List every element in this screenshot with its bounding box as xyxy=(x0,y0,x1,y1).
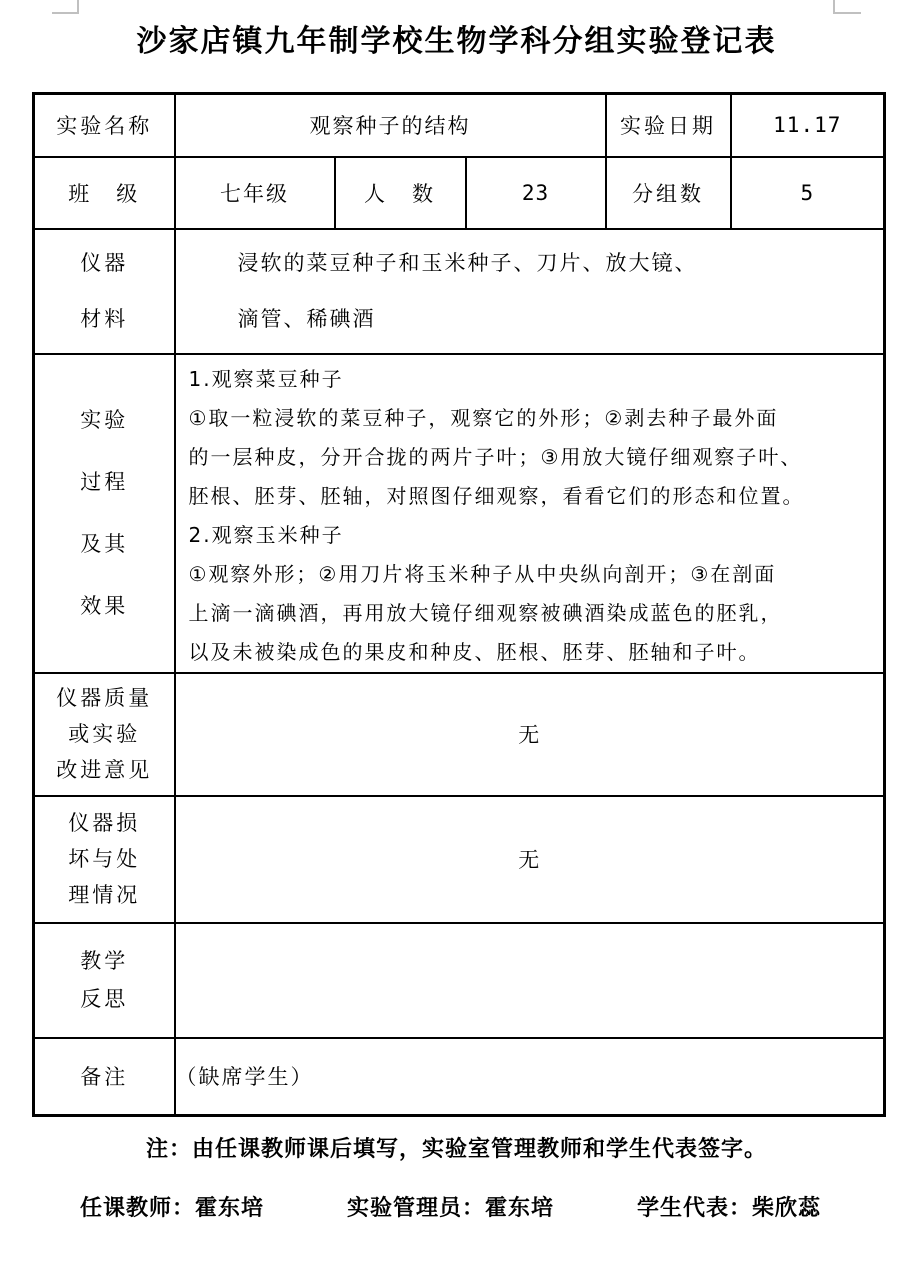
table-row-procedure: 实验 过程 及其 效果 1.观察菜豆种子 ①取一粒浸软的菜豆种子，观察它的外形；… xyxy=(34,354,885,673)
table-row-equipment-quality: 仪器质量 或实验 改进意见 无 xyxy=(34,673,885,796)
table-row-experiment-name: 实验名称 观察种子的结构 实验日期 11.17 xyxy=(34,94,885,157)
experiment-registration-table: 实验名称 观察种子的结构 实验日期 11.17 班 级 七年级 人 数 23 分… xyxy=(32,92,886,1117)
experiment-date-label: 实验日期 xyxy=(606,94,731,157)
equipment-content-line: 浸软的菜豆种子和玉米种子、刀片、放大镜、 xyxy=(176,235,884,291)
experiment-name-label: 实验名称 xyxy=(34,94,175,157)
equipment-damage-label: 仪器损 坏与处 理情况 xyxy=(34,796,175,923)
procedure-content-line: 胚根、胚芽、胚轴，对照图仔细观察，看看它们的形态和位置。 xyxy=(176,477,884,516)
document-page: 沙家店镇九年制学校生物学科分组实验登记表 实验名称 观察种子的结构 实验日期 1… xyxy=(0,0,913,1267)
equipment-damage-label-line: 理情况 xyxy=(68,877,140,913)
procedure-content-line: ①观察外形；②用刀片将玉米种子从中央纵向剖开；③在剖面 xyxy=(176,555,884,594)
footer-note: 注：由任课教师课后填写，实验室管理教师和学生代表签字。 xyxy=(0,1132,913,1163)
procedure-label-line: 实验 xyxy=(80,389,128,451)
student-count-value: 23 xyxy=(466,157,606,229)
teaching-reflection-label: 教学 反思 xyxy=(34,923,175,1038)
equipment-label-line: 材料 xyxy=(80,291,128,347)
procedure-label-line: 效果 xyxy=(80,575,128,637)
procedure-content-line: 上滴一滴碘酒，再用放大镜仔细观察被碘酒染成蓝色的胚乳， xyxy=(176,594,884,633)
procedure-content-line: 2.观察玉米种子 xyxy=(176,516,884,555)
experiment-name-value: 观察种子的结构 xyxy=(175,94,606,157)
equipment-quality-label-line: 或实验 xyxy=(68,716,140,752)
teacher-signature: 任课教师：霍东培 xyxy=(80,1191,264,1222)
class-value: 七年级 xyxy=(175,157,335,229)
signature-line: 任课教师：霍东培 实验管理员：霍东培 学生代表：柴欣蕊 xyxy=(80,1191,821,1222)
student-rep-signature: 学生代表：柴欣蕊 xyxy=(637,1191,821,1222)
page-title: 沙家店镇九年制学校生物学科分组实验登记表 xyxy=(0,16,913,60)
procedure-label: 实验 过程 及其 效果 xyxy=(34,354,175,673)
teaching-reflection-value xyxy=(175,923,885,1038)
teaching-reflection-label-line: 教学 xyxy=(80,942,128,980)
equipment-damage-label-line: 仪器损 xyxy=(68,805,140,841)
group-count-label: 分组数 xyxy=(606,157,731,229)
equipment-label: 仪器 材料 xyxy=(34,229,175,354)
lab-manager-signature: 实验管理员：霍东培 xyxy=(347,1191,554,1222)
group-count-value: 5 xyxy=(731,157,885,229)
procedure-content-line: ①取一粒浸软的菜豆种子，观察它的外形；②剥去种子最外面 xyxy=(176,399,884,438)
equipment-quality-label-line: 仪器质量 xyxy=(56,680,152,716)
equipment-damage-label-line: 坏与处 xyxy=(68,841,140,877)
class-label: 班 级 xyxy=(34,157,175,229)
student-count-label: 人 数 xyxy=(335,157,466,229)
equipment-label-line: 仪器 xyxy=(80,235,128,291)
experiment-date-value: 11.17 xyxy=(731,94,885,157)
procedure-label-line: 过程 xyxy=(80,451,128,513)
equipment-content: 浸软的菜豆种子和玉米种子、刀片、放大镜、 滴管、稀碘酒 xyxy=(175,229,885,354)
equipment-quality-label-line: 改进意见 xyxy=(56,752,152,788)
table-row-teaching-reflection: 教学 反思 xyxy=(34,923,885,1038)
procedure-label-line: 及其 xyxy=(80,513,128,575)
procedure-content: 1.观察菜豆种子 ①取一粒浸软的菜豆种子，观察它的外形；②剥去种子最外面 的一层… xyxy=(175,354,885,673)
equipment-quality-value: 无 xyxy=(175,673,885,796)
equipment-quality-label: 仪器质量 或实验 改进意见 xyxy=(34,673,175,796)
table-row-equipment: 仪器 材料 浸软的菜豆种子和玉米种子、刀片、放大镜、 滴管、稀碘酒 xyxy=(34,229,885,354)
procedure-content-line: 的一层种皮，分开合拢的两片子叶；③用放大镜仔细观察子叶、 xyxy=(176,438,884,477)
procedure-content-line: 以及未被染成色的果皮和种皮、胚根、胚芽、胚轴和子叶。 xyxy=(176,633,884,672)
table-row-remarks: 备注 （缺席学生） xyxy=(34,1038,885,1116)
table-row-class-info: 班 级 七年级 人 数 23 分组数 5 xyxy=(34,157,885,229)
remarks-value: （缺席学生） xyxy=(175,1038,885,1116)
teaching-reflection-label-line: 反思 xyxy=(80,980,128,1018)
equipment-damage-value: 无 xyxy=(175,796,885,923)
table-row-equipment-damage: 仪器损 坏与处 理情况 无 xyxy=(34,796,885,923)
remarks-label: 备注 xyxy=(34,1038,175,1116)
page-corner-mark-top-left xyxy=(52,0,79,14)
procedure-content-line: 1.观察菜豆种子 xyxy=(176,355,884,399)
page-corner-mark-top-right xyxy=(833,0,861,14)
equipment-content-line: 滴管、稀碘酒 xyxy=(176,291,884,347)
